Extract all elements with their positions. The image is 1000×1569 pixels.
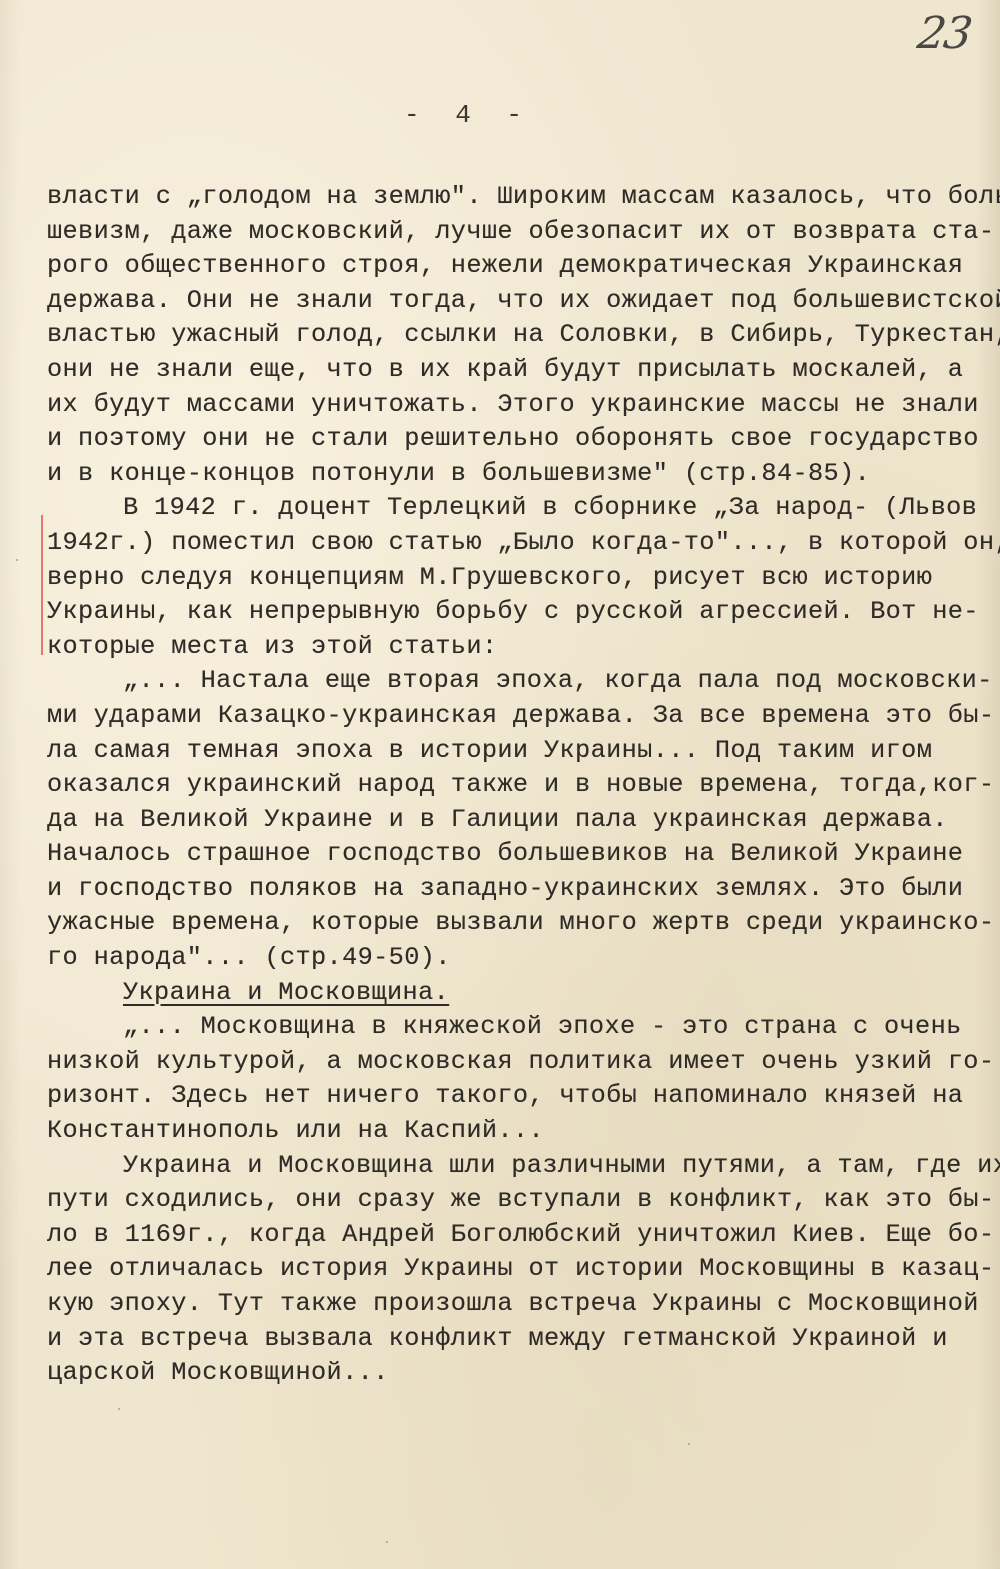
text-line-content: „... Московщина в княжеской эпохе - это … <box>123 1012 962 1041</box>
text-line-content: Украина и Московщина. <box>123 978 449 1007</box>
text-line-content: пути сходились, они сразу же вступали в … <box>47 1185 994 1214</box>
text-line: ужасные времена, которые вызвали много ж… <box>47 906 997 941</box>
text-line: низкой культурой, а московская политика … <box>47 1045 997 1080</box>
text-line: верно следуя концепциям М.Грушевского, р… <box>47 561 997 596</box>
text-line-content: Началось страшное господство большевиков… <box>47 839 963 868</box>
text-line: пути сходились, они сразу же вступали в … <box>47 1183 997 1218</box>
text-line-content: 1942г.) поместил свою статью „Было когда… <box>47 528 1000 557</box>
text-line: и эта встреча вызвала конфликт между гет… <box>47 1322 997 1357</box>
text-line-content: их будут массами уничтожать. Этого украи… <box>47 390 979 419</box>
text-line: ла самая темная эпоха в истории Украины.… <box>47 734 997 769</box>
text-line: ло в 1169г., когда Андрей Боголюбский ун… <box>47 1218 997 1253</box>
text-line-content: властью ужасный голод, ссылки на Соловки… <box>47 320 1000 349</box>
text-line-content: Константинополь или на Каспий... <box>47 1116 544 1145</box>
text-line: власти с „голодом на землю". Широким мас… <box>47 180 997 215</box>
text-line-content: Украина и Московщина шли различными путя… <box>123 1151 1000 1180</box>
text-line: Константинополь или на Каспий... <box>47 1114 997 1149</box>
paper-speck <box>386 1541 388 1543</box>
text-line: кую эпоху. Тут также произошла встреча У… <box>47 1287 997 1322</box>
typewritten-body-text: власти с „голодом на землю". Широким мас… <box>47 180 997 1391</box>
text-line: царской Московщиной... <box>47 1356 997 1391</box>
text-line: их будут массами уничтожать. Этого украи… <box>47 388 997 423</box>
text-line-content: низкой культурой, а московская политика … <box>47 1047 994 1076</box>
page-number: - 4 - <box>404 100 532 130</box>
text-line-content: и в конце-концов потонули в большевизме"… <box>47 459 870 488</box>
text-line-content: царской Московщиной... <box>47 1358 389 1387</box>
text-line: и поэтому они не стали решительно оборон… <box>47 422 997 457</box>
text-line-content: В 1942 г. доцент Терлецкий в сборнике „З… <box>123 493 977 522</box>
text-line: В 1942 г. доцент Терлецкий в сборнике „З… <box>47 491 997 526</box>
text-line: Украины, как непрерывную борьбу с русско… <box>47 595 997 630</box>
section-heading: Украина и Московщина. <box>47 976 997 1011</box>
text-line-content: шевизм, даже московский, лучше обезопаси… <box>47 217 994 246</box>
text-line-content: Украины, как непрерывную борьбу с русско… <box>47 597 979 626</box>
text-line: они не знали еще, что в их край будут пр… <box>47 353 997 388</box>
text-line: ризонт. Здесь нет ничего такого, чтобы н… <box>47 1079 997 1114</box>
paper-speck <box>118 1408 120 1410</box>
text-line-content: власти с „голодом на землю". Широким мас… <box>47 182 1000 211</box>
text-line: рого общественного строя, нежели демокра… <box>47 249 997 284</box>
text-line-content: держава. Они не знали тогда, что их ожид… <box>47 286 1000 315</box>
text-line-content: и господство поляков на западно-украинск… <box>47 874 963 903</box>
paper-speck <box>16 559 18 561</box>
text-line-content: оказался украинский народ также и в новы… <box>47 770 994 799</box>
text-line: лее отличалась история Украины от истори… <box>47 1252 997 1287</box>
text-line-content: и поэтому они не стали решительно оборон… <box>47 424 979 453</box>
text-line: „... Московщина в княжеской эпохе - это … <box>47 1010 997 1045</box>
text-line: оказался украинский народ также и в новы… <box>47 768 997 803</box>
text-line: властью ужасный голод, ссылки на Соловки… <box>47 318 997 353</box>
text-line-content: лее отличалась история Украины от истори… <box>47 1254 994 1283</box>
text-line-content: они не знали еще, что в их край будут пр… <box>47 355 963 384</box>
text-line-content: ло в 1169г., когда Андрей Боголюбский ун… <box>47 1220 994 1249</box>
text-line-content: кую эпоху. Тут также произошла встреча У… <box>47 1289 979 1318</box>
text-line: „... Настала еще вторая эпоха, когда пал… <box>47 664 997 699</box>
text-line: го народа"... (стр.49-50). <box>47 941 997 976</box>
text-line-content: верно следуя концепциям М.Грушевского, р… <box>47 563 932 592</box>
text-line-content: которые места из этой статьи: <box>47 632 497 661</box>
text-line-content: ужасные времена, которые вызвали много ж… <box>47 908 994 937</box>
text-line: да на Великой Украине и в Галиции пала у… <box>47 803 997 838</box>
text-line: 1942г.) поместил свою статью „Было когда… <box>47 526 997 561</box>
text-line-content: и эта встреча вызвала конфликт между гет… <box>47 1324 948 1353</box>
text-line-content: ризонт. Здесь нет ничего такого, чтобы н… <box>47 1081 963 1110</box>
red-margin-mark <box>41 515 43 655</box>
text-line-content: рого общественного строя, нежели демокра… <box>47 251 963 280</box>
text-line-content: ла самая темная эпоха в истории Украины.… <box>47 736 932 765</box>
text-line: которые места из этой статьи: <box>47 630 997 665</box>
text-line-content: „... Настала еще вторая эпоха, когда пал… <box>123 666 993 695</box>
text-line: ми ударами Казацко-украинская держава. З… <box>47 699 997 734</box>
handwritten-sheet-number: 23 <box>914 8 973 59</box>
text-line-content: ми ударами Казацко-украинская держава. З… <box>47 701 994 730</box>
text-line: держава. Они не знали тогда, что их ожид… <box>47 284 997 319</box>
paper-speck <box>688 1443 690 1445</box>
text-line: и в конце-концов потонули в большевизме"… <box>47 457 997 492</box>
text-line-content: да на Великой Украине и в Галиции пала у… <box>47 805 948 834</box>
text-line: Началось страшное господство большевиков… <box>47 837 997 872</box>
text-line: и господство поляков на западно-украинск… <box>47 872 997 907</box>
text-line-content: го народа"... (стр.49-50). <box>47 943 451 972</box>
text-line: шевизм, даже московский, лучше обезопаси… <box>47 215 997 250</box>
text-line: Украина и Московщина шли различными путя… <box>47 1149 997 1184</box>
